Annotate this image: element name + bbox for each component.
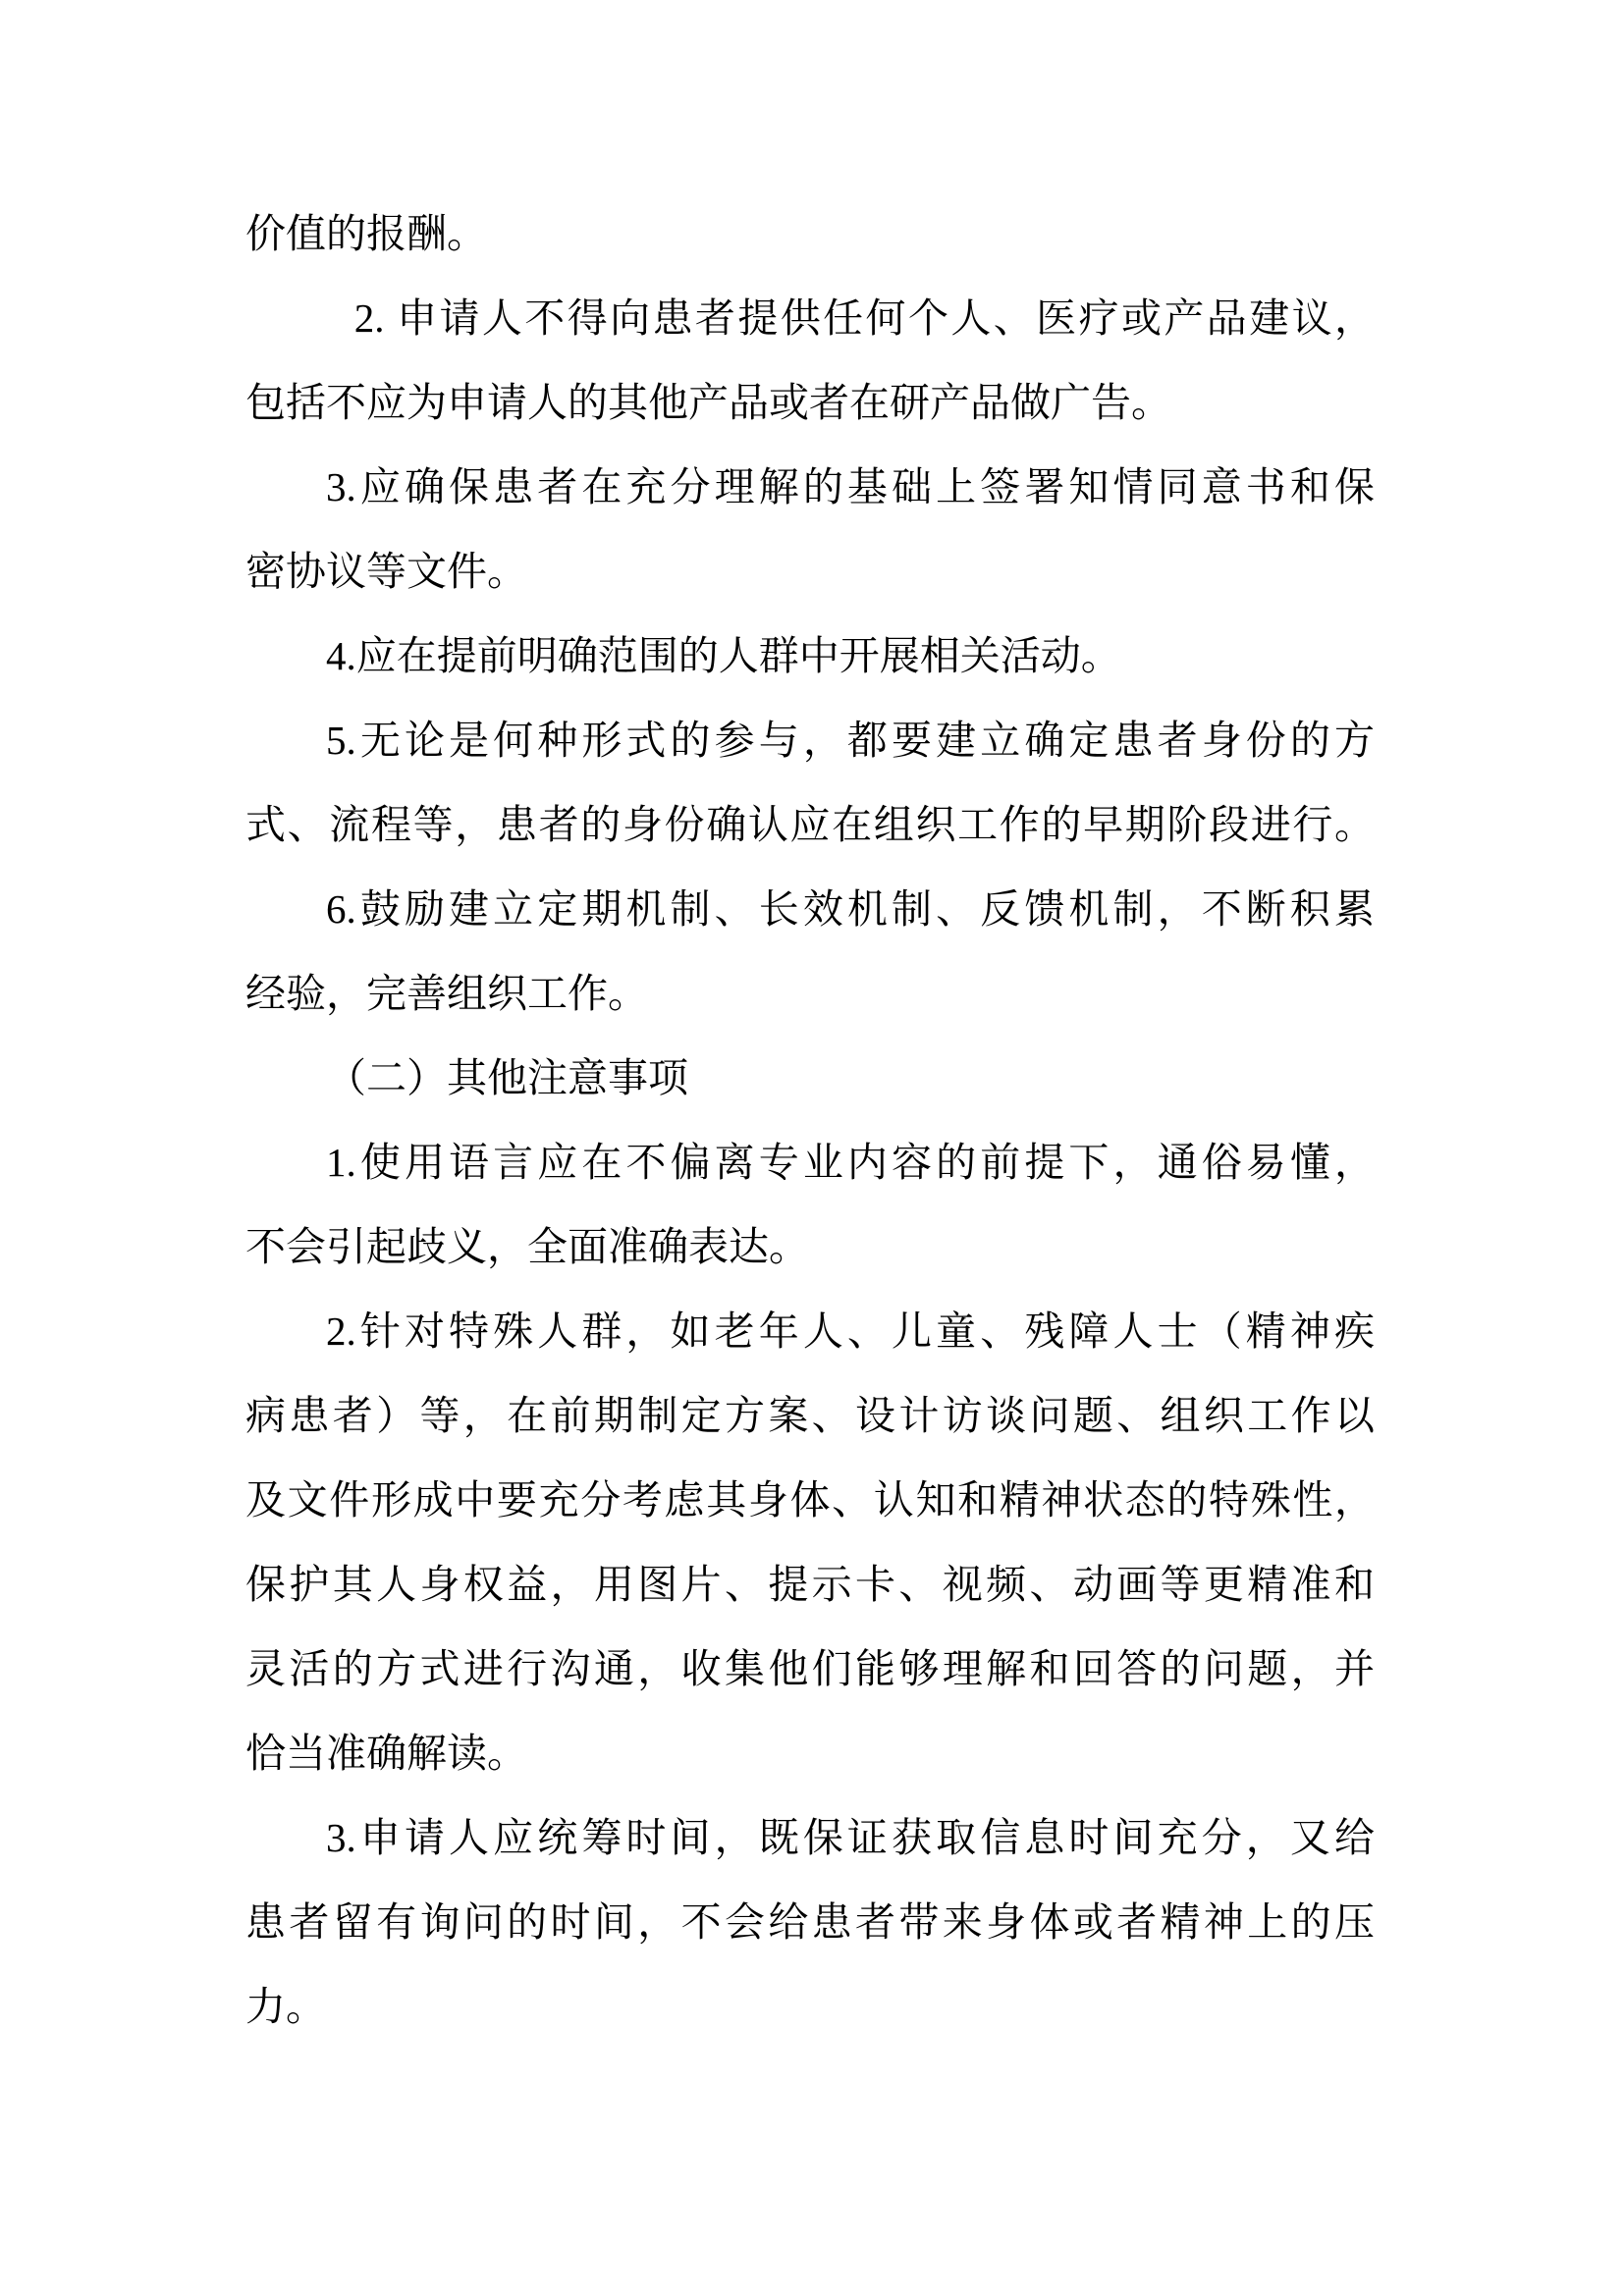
text-line: 经验，完善组织工作。 bbox=[245, 951, 1375, 1036]
text-line: 恰当准确解读。 bbox=[245, 1711, 1375, 1795]
text-line: 3.申请人应统筹时间，既保证获取信息时间充分，又给 bbox=[245, 1795, 1375, 1880]
text-line: 1.使用语言应在不偏离专业内容的前提下，通俗易懂， bbox=[245, 1120, 1375, 1204]
text-line: 包括不应为申请人的其他产品或者在研产品做广告。 bbox=[245, 360, 1375, 445]
text-line: 2.针对特殊人群，如老年人、儿童、残障人士（精神疾 bbox=[245, 1289, 1375, 1373]
text-line: 价值的报酬。 bbox=[245, 191, 1375, 276]
text-line: 3.应确保患者在充分理解的基础上签署知情同意书和保 bbox=[245, 445, 1375, 529]
text-line: 病患者）等，在前期制定方案、设计访谈问题、组织工作以 bbox=[245, 1373, 1375, 1458]
text-line: 2. 申请人不得向患者提供任何个人、医疗或产品建议， bbox=[245, 276, 1375, 360]
text-line: 4.应在提前明确范围的人群中开展相关活动。 bbox=[245, 614, 1375, 698]
text-line: 患者留有询问的时间，不会给患者带来身体或者精神上的压 bbox=[245, 1880, 1375, 1964]
text-line: 及文件形成中要充分考虑其身体、认知和精神状态的特殊性， bbox=[245, 1458, 1375, 1542]
text-line: 密协议等文件。 bbox=[245, 529, 1375, 614]
text-line: 保护其人身权益，用图片、提示卡、视频、动画等更精准和 bbox=[245, 1542, 1375, 1627]
document-page: 价值的报酬。2. 申请人不得向患者提供任何个人、医疗或产品建议，包括不应为申请人… bbox=[0, 0, 1624, 2296]
text-line: 式、流程等，患者的身份确认应在组织工作的早期阶段进行。 bbox=[245, 782, 1375, 867]
text-line: 不会引起歧义，全面准确表达。 bbox=[245, 1204, 1375, 1289]
document-body: 价值的报酬。2. 申请人不得向患者提供任何个人、医疗或产品建议，包括不应为申请人… bbox=[245, 191, 1375, 2049]
text-line: 灵活的方式进行沟通，收集他们能够理解和回答的问题，并 bbox=[245, 1627, 1375, 1711]
text-line: 6.鼓励建立定期机制、长效机制、反馈机制，不断积累 bbox=[245, 867, 1375, 951]
text-line: （二）其他注意事项 bbox=[245, 1036, 1375, 1120]
text-line: 力。 bbox=[245, 1964, 1375, 2049]
text-line: 5.无论是何种形式的参与，都要建立确定患者身份的方 bbox=[245, 698, 1375, 782]
